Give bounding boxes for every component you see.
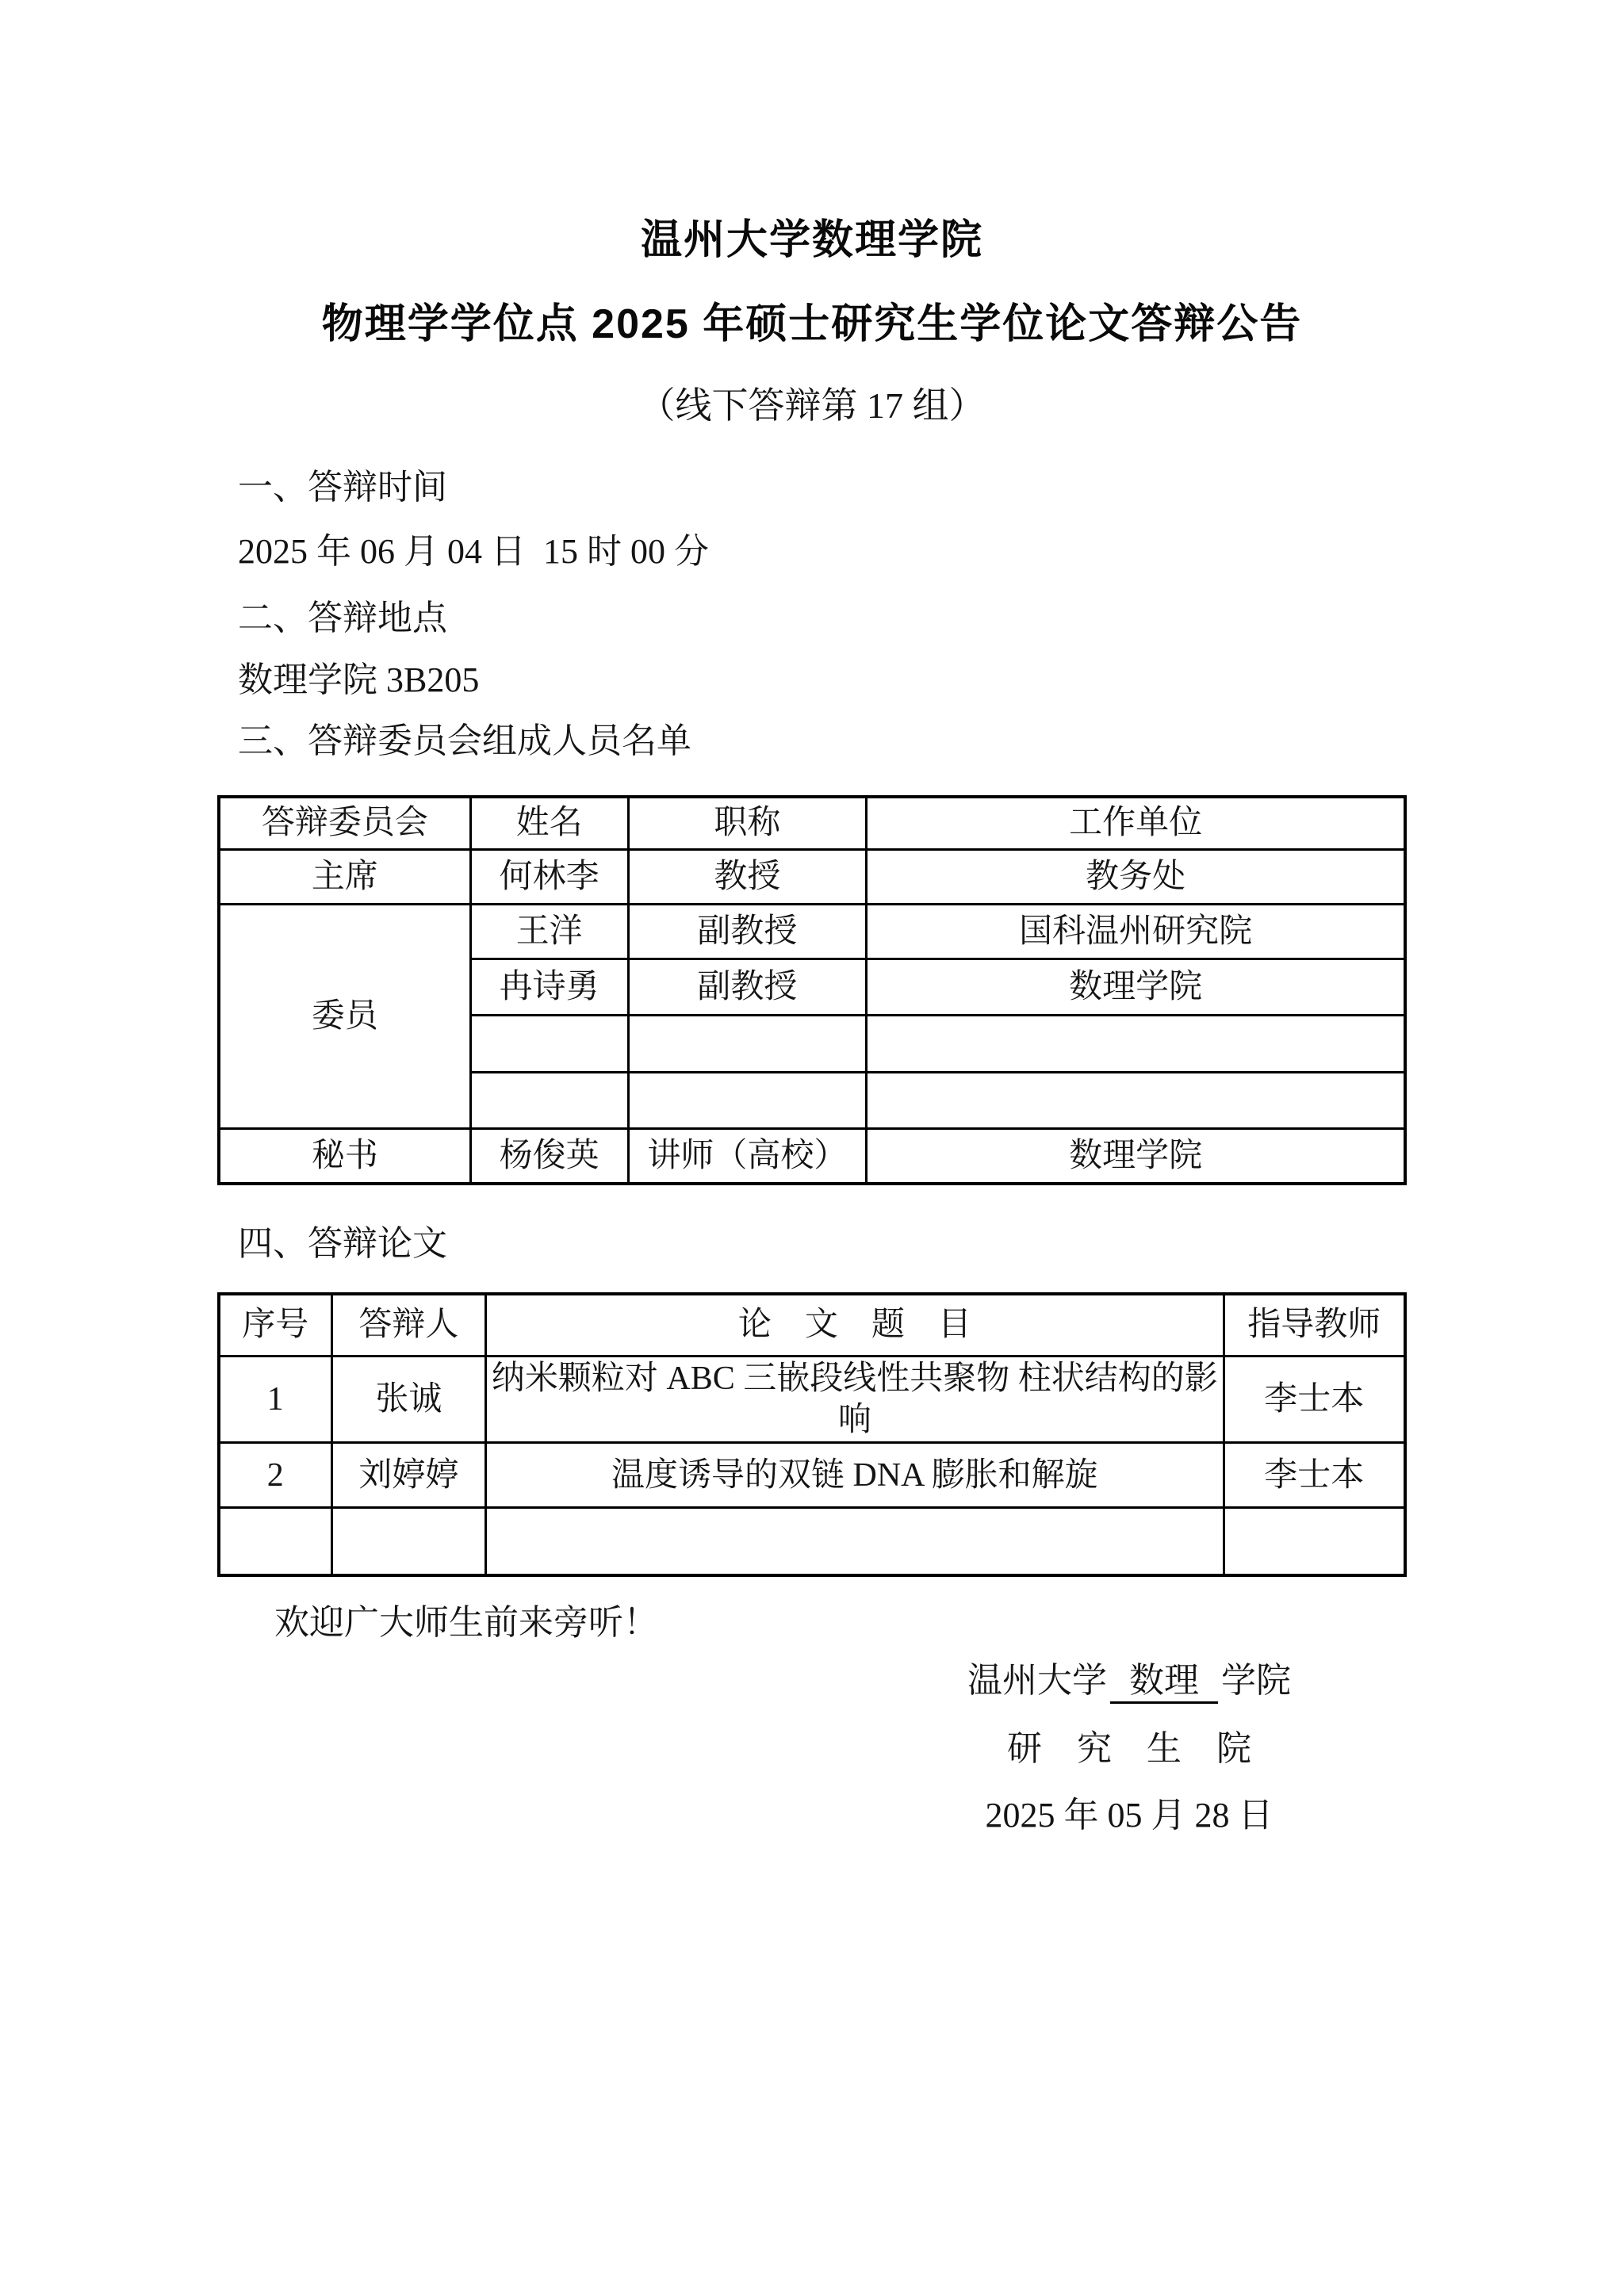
signature-date: 2025 年 05 月 28 日 [852,1795,1407,1837]
section-thesis-label: 四、答辩论文 [238,1223,1407,1265]
signature-college-prefix: 温州大学 [967,1661,1107,1700]
committee-header-cell: 姓名 [470,797,628,850]
candidate-cell [331,1508,485,1575]
unit-cell: 数理学院 [867,1129,1405,1184]
defense-time-value: 2025 年 06 月 04 日 15 时 00 分 [238,531,1407,573]
role-cell-member: 委员 [219,905,470,1129]
thesis-header-cell: 序号 [219,1294,331,1357]
name-cell: 冉诗勇 [470,959,628,1016]
unit-cell: 教务处 [867,850,1405,905]
thesis-table: 序号 答辩人 论 文 题 目 指导教师 1 张诚 纳米颗粒对 ABC 三嵌段线性… [217,1292,1407,1577]
thesis-header-cell: 论 文 题 目 [486,1294,1224,1357]
signature-college-blank: 数理 [1110,1660,1218,1705]
title-cell: 教授 [628,850,867,905]
role-cell: 秘书 [219,1129,470,1184]
section-place-label: 二、答辩地点 [238,598,1407,640]
title-cell: 副教授 [628,959,867,1016]
page-title-line2: 物理学学位点 2025 年硕士研究生学位论文答辩公告 [217,300,1407,349]
committee-header-cell: 工作单位 [867,797,1405,850]
advisor-cell: 李士本 [1224,1357,1405,1443]
thesis-header-cell: 答辩人 [331,1294,485,1357]
committee-member-row: 委员 王洋 副教授 国科温州研究院 [219,905,1405,959]
signature-line-college: 温州大学数理学院 [852,1660,1407,1705]
title-cell [628,1073,867,1129]
committee-chair-row: 主席 何林李 教授 教务处 [219,850,1405,905]
thesis-title-cell [486,1508,1224,1575]
advisor-cell [1224,1508,1405,1575]
defense-place-value: 数理学院 3B205 [238,660,1407,702]
name-cell [470,1016,628,1073]
page-title-line1: 温州大学数理学院 [217,216,1407,265]
serial-cell [219,1508,331,1575]
section-time-label: 一、答辩时间 [238,467,1407,509]
thesis-header-row: 序号 答辩人 论 文 题 目 指导教师 [219,1294,1405,1357]
title-cell [628,1016,867,1073]
unit-cell: 数理学院 [867,959,1405,1016]
closing-note: 欢迎广大师生前来旁听！ [274,1602,1407,1644]
thesis-title-cell: 纳米颗粒对 ABC 三嵌段线性共聚物 柱状结构的影响 [486,1357,1224,1443]
section-committee-label: 三、答辩委员会组成人员名单 [238,721,1407,763]
candidate-cell: 刘婷婷 [331,1443,485,1508]
name-cell [470,1073,628,1129]
name-cell: 何林李 [470,850,628,905]
title-cell: 副教授 [628,905,867,959]
candidate-cell: 张诚 [331,1357,485,1443]
thesis-header-cell: 指导教师 [1224,1294,1405,1357]
role-cell: 主席 [219,850,470,905]
advisor-cell: 李士本 [1224,1443,1405,1508]
committee-table: 答辩委员会 姓名 职称 工作单位 主席 何林李 教授 教务处 委员 王洋 副教授… [217,795,1407,1185]
unit-cell: 国科温州研究院 [867,905,1405,959]
group-subtitle: （线下答辩第 17 组） [217,384,1407,427]
committee-header-cell: 答辩委员会 [219,797,470,850]
name-cell: 杨俊英 [470,1129,628,1184]
unit-cell [867,1016,1405,1073]
thesis-row [219,1508,1405,1575]
thesis-row: 2 刘婷婷 温度诱导的双链 DNA 膨胀和解旋 李士本 [219,1443,1405,1508]
title-cell: 讲师（高校） [628,1129,867,1184]
document-page: 温州大学数理学院 物理学学位点 2025 年硕士研究生学位论文答辩公告 （线下答… [0,0,1624,2296]
serial-cell: 1 [219,1357,331,1443]
name-cell: 王洋 [470,905,628,959]
signature-block: 温州大学数理学院 研 究 生 院 2025 年 05 月 28 日 [852,1660,1407,1837]
committee-header-row: 答辩委员会 姓名 职称 工作单位 [219,797,1405,850]
thesis-title-cell: 温度诱导的双链 DNA 膨胀和解旋 [486,1443,1224,1508]
signature-college-suffix: 学院 [1221,1661,1291,1700]
committee-secretary-row: 秘书 杨俊英 讲师（高校） 数理学院 [219,1129,1405,1184]
committee-header-cell: 职称 [628,797,867,850]
signature-line-graduate-school: 研 究 生 院 [852,1728,1407,1770]
unit-cell [867,1073,1405,1129]
thesis-row: 1 张诚 纳米颗粒对 ABC 三嵌段线性共聚物 柱状结构的影响 李士本 [219,1357,1405,1443]
serial-cell: 2 [219,1443,331,1508]
